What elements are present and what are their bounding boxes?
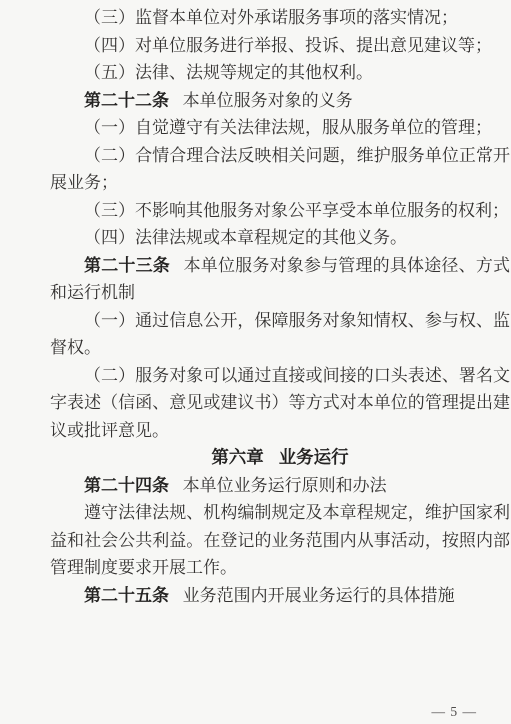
article-heading: 第二十二条本单位服务对象的义务 (50, 87, 510, 115)
paragraph-clause: （四）法律法规或本章程规定的其他义务。 (50, 224, 510, 252)
paragraph-clause: （二）合情合理合法反映相关问题，维护服务单位正常开展业务； (50, 142, 510, 197)
chapter-heading: 第六章业务运行 (50, 444, 510, 472)
article-number: 第二十二条 (84, 91, 169, 110)
article-number: 第二十五条 (84, 586, 169, 605)
paragraph-clause: （三）不影响其他服务对象公平享受本单位服务的权利； (50, 197, 510, 225)
article-number: 第二十三条 (84, 256, 170, 275)
paragraph-clause: （二）服务对象可以通过直接或间接的口头表述、署名文字表述（信函、意见或建议书）等… (50, 362, 510, 445)
paragraph-clause: （四）对单位服务进行举报、投诉、提出意见建议等； (50, 32, 510, 60)
article-number: 第二十四条 (84, 476, 169, 495)
article-heading: 第二十三条本单位服务对象参与管理的具体途径、方式和运行机制 (50, 252, 510, 307)
paragraph-clause: （五）法律、法规等规定的其他权利。 (50, 59, 510, 87)
paragraph-clause: （一）通过信息公开，保障服务对象知情权、参与权、监督权。 (50, 307, 510, 362)
article-heading: 第二十五条业务范围内开展业务运行的具体措施 (50, 582, 510, 610)
article-title: 本单位业务运行原则和办法 (183, 476, 387, 495)
page-number: — 5 — (432, 704, 478, 720)
article-title: 业务范围内开展业务运行的具体措施 (183, 586, 455, 605)
chapter-number: 第六章 (211, 447, 264, 467)
article-heading: 第二十四条本单位业务运行原则和办法 (50, 472, 510, 500)
document-page: （三）监督本单位对外承诺服务事项的落实情况； （四）对单位服务进行举报、投诉、提… (0, 0, 511, 724)
article-title: 本单位服务对象的义务 (183, 91, 353, 110)
paragraph-clause: 遵守法律法规、机构编制规定及本章程规定，维护国家利益和社会公共利益。在登记的业务… (50, 499, 510, 582)
paragraph-clause: （三）监督本单位对外承诺服务事项的落实情况； (50, 4, 510, 32)
document-body: （三）监督本单位对外承诺服务事项的落实情况； （四）对单位服务进行举报、投诉、提… (50, 4, 510, 609)
chapter-title: 业务运行 (279, 447, 349, 467)
paragraph-clause: （一）自觉遵守有关法律法规，服从服务单位的管理； (50, 114, 510, 142)
